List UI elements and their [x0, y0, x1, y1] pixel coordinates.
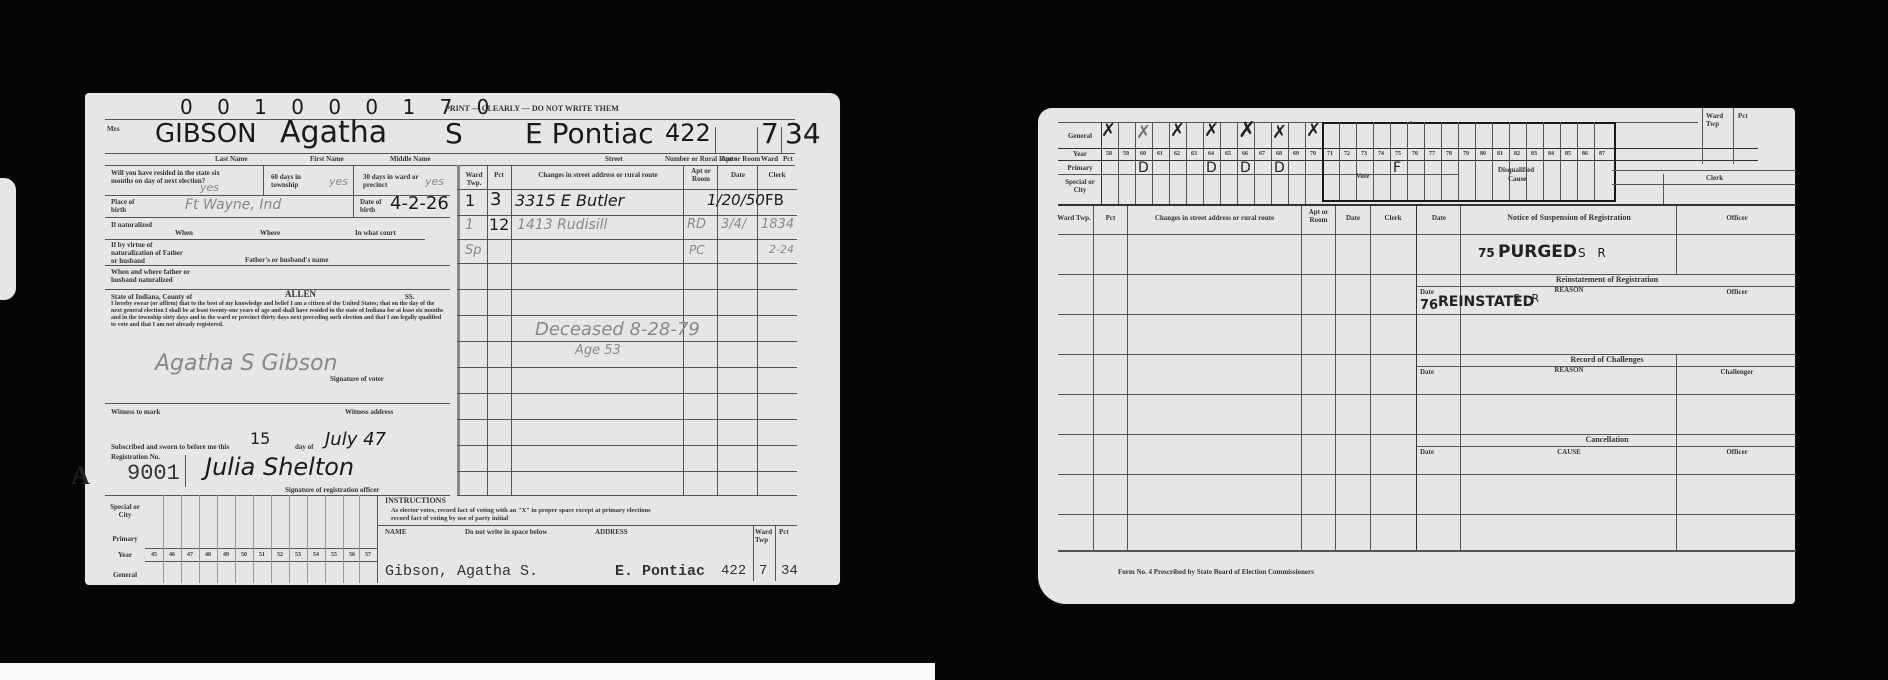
age-note: Age 53 [575, 343, 621, 358]
label-ward-twp: Ward Twp [1706, 112, 1730, 128]
grid-row-primary: Primary [1058, 164, 1102, 172]
label-cancellation-officer: Officer [1678, 448, 1796, 456]
label-witness-address: Witness address [345, 408, 393, 416]
first-name: Agatha [280, 115, 387, 150]
label-subscribed: Subscribed and sworn to before me this [111, 443, 229, 451]
primary-mark: D [1240, 160, 1251, 176]
bottom-white-bar [0, 663, 935, 680]
sworn-month-year: July 47 [325, 429, 386, 450]
footer-ward: 7 [759, 563, 767, 579]
label-vote: Vote [1356, 172, 1369, 180]
col-suspension-date: Date [1418, 214, 1460, 222]
challenges-title: Record of Challenges [1418, 356, 1796, 364]
col-clerk: Clerk [759, 171, 795, 179]
label-clerk: Clerk [1706, 174, 1723, 182]
label-where: Where [260, 229, 280, 237]
label-apt: Apt or Room [721, 155, 760, 163]
label-registration-no: Registration No. [111, 453, 160, 461]
vote-mark-x: ✗ [1306, 120, 1321, 141]
street: E Pontiac [525, 117, 654, 150]
primary-mark: D [1138, 160, 1149, 176]
date-of-birth: 4-2-26 [390, 193, 449, 214]
label-pct: Pct [1738, 112, 1748, 120]
footer-number: 422 [721, 563, 746, 579]
label-father-name: Father's or husband's name [245, 256, 328, 264]
oath-county: ALLEN [285, 290, 316, 298]
deceased-note: Deceased 8-28-79 [535, 319, 700, 340]
label-cancellation-cause: CAUSE [1462, 448, 1676, 456]
primary-mark: D [1206, 160, 1217, 176]
col-changes: Changes in street address or rural route [1128, 214, 1301, 222]
vote-mark-x: ✗ [1136, 122, 1151, 143]
header-instruction: PRINT — CLEARLY — DO NOT WRITE THEM [445, 105, 619, 113]
suspension-status: PURGED [1498, 242, 1577, 262]
oath-text: I hereby swear (or affirm) that to the b… [111, 301, 446, 329]
grid-row-special: Special or City [105, 503, 145, 519]
vote-mark-x: ✗ [1238, 118, 1256, 143]
reinstatement-initials: S R [1513, 292, 1539, 305]
oath-ss: SS. [405, 293, 415, 301]
oath-state-county: State of Indiana, County of [111, 293, 192, 301]
label-when: When [175, 229, 193, 237]
instructions-text-1: As elector votes, record fact of voting … [391, 507, 651, 515]
label-court: In what court [355, 229, 396, 237]
cancellation-title: Cancellation [1418, 436, 1796, 444]
col-apt: Apt or Room [685, 167, 717, 183]
col-suspension-officer: Officer [1678, 214, 1796, 222]
label-pct: Pct [783, 155, 793, 163]
col-date: Date [719, 171, 757, 179]
registration-card-back: General Year Primary Special or City 58 … [1038, 108, 1795, 604]
vote-mark-x: ✗ [1101, 120, 1116, 141]
grid-row-general: General [105, 571, 145, 579]
primary-mark: F [1393, 160, 1401, 176]
footer-label-nowrite: Do not write in space below [465, 528, 547, 536]
grid-row-general: General [1058, 132, 1102, 140]
vote-mark-x: ✗ [1204, 120, 1219, 141]
label-reinstatement-reason: REASON [1462, 286, 1676, 294]
grid-row-year: Year [1058, 150, 1102, 158]
footer-label-pct: Pct [779, 528, 789, 536]
label-challenger: Challenger [1678, 368, 1796, 376]
a-ward: yes [425, 175, 444, 188]
grid-row-primary: Primary [105, 535, 145, 543]
title-prefix: Mrs [107, 125, 119, 133]
street-number: 422 [665, 119, 711, 147]
label-officer-signature: Signature of registration officer [285, 486, 379, 494]
col-clerk: Clerk [1371, 214, 1415, 222]
instructions-text-2: record fact of voting by use of party in… [391, 515, 508, 523]
voter-signature: Agatha S Gibson [155, 351, 338, 376]
vote-mark-x: ✗ [1272, 122, 1287, 143]
ward-value: 7 [761, 117, 779, 150]
last-name: GIBSON [155, 119, 257, 149]
footer-label-name: NAME [385, 528, 406, 536]
vote-mark-x: ✗ [1170, 120, 1185, 141]
label-middle-name: Middle Name [390, 155, 431, 163]
q-township: 60 days in township [271, 173, 321, 189]
label-day-of: day of [295, 443, 313, 451]
q-ward: 30 days in ward or precinct [363, 173, 423, 189]
grid-row-special: Special or City [1058, 178, 1102, 194]
footer-pct: 34 [781, 563, 798, 579]
instructions-title: INSTRUCTIONS [385, 497, 446, 505]
label-last-name: Last Name [215, 155, 247, 163]
a-state-residency: yes [200, 181, 219, 194]
label-reinstatement-officer: Officer [1678, 288, 1796, 296]
label-father-naturalization: If by virtue of naturalization of Father… [111, 241, 191, 265]
label-date-of-birth: Date of birth [360, 198, 390, 214]
registration-prefix: A [71, 461, 90, 491]
disqualified-box [1322, 122, 1616, 202]
label-street: Street [605, 155, 623, 163]
footer-label-address: ADDRESS [595, 528, 628, 536]
left-edge-fragment [0, 178, 16, 300]
label-voter-signature: Signature of voter [330, 375, 384, 383]
col-changes: Changes in street address or rural route [513, 171, 683, 179]
registration-card-front: 0 0 1 0 0 0 1 7 0 PRINT — CLEARLY — DO N… [85, 93, 840, 585]
label-place-of-birth: Place of birth [111, 198, 151, 214]
footer-name: Gibson, Agatha S. [385, 563, 538, 580]
col-ward-twp: Ward Twp. [461, 171, 487, 187]
reinstatement-year: 76 [1420, 298, 1438, 313]
vote-mark: ˄ [1408, 120, 1414, 134]
label-reinstatement-date: Date [1420, 288, 1434, 296]
label-disqualified: Disqualified [1498, 166, 1534, 174]
middle-initial: S [445, 117, 463, 150]
label-if-naturalized: If naturalized [111, 221, 155, 229]
label-challenge-reason: REASON [1462, 366, 1676, 374]
suspension-year: 75 [1478, 246, 1495, 260]
suspension-title: Notice of Suspension of Registration [1462, 214, 1676, 222]
col-apt: Apt or Room [1302, 208, 1335, 224]
footer-label-ward: Ward Twp [755, 528, 775, 544]
label-witness-mark: Witness to mark [111, 408, 160, 416]
label-when-where-naturalized: When and where father or husband natural… [111, 268, 201, 284]
form-note: Form No. 4 Prescribed by State Board of … [1118, 568, 1314, 576]
label-ward: Ward [761, 155, 778, 163]
col-ward-twp: Ward Twp. [1056, 214, 1092, 222]
reinstatement-title: Reinstatement of Registration [1418, 276, 1796, 284]
label-cancellation-date: Date [1420, 448, 1434, 456]
place-of-birth: Ft Wayne, Ind [185, 197, 281, 213]
pct-value: 34 [785, 117, 821, 150]
grid-row-year: Year [105, 551, 145, 559]
label-first-name: First Name [310, 155, 344, 163]
registration-number: 9001 [127, 461, 180, 486]
a-township: yes [329, 175, 348, 188]
officer-signature: Julia Shelton [205, 453, 354, 481]
col-pct: Pct [1094, 214, 1127, 222]
label-cause: Cause [1508, 175, 1526, 183]
col-date: Date [1336, 214, 1370, 222]
suspension-initials: S R [1578, 246, 1606, 260]
footer-address: E. Pontiac [615, 563, 705, 580]
label-challenge-date: Date [1420, 368, 1434, 376]
sworn-day: 15 [250, 429, 270, 448]
col-pct: Pct [488, 171, 510, 179]
primary-mark: D [1274, 160, 1285, 176]
